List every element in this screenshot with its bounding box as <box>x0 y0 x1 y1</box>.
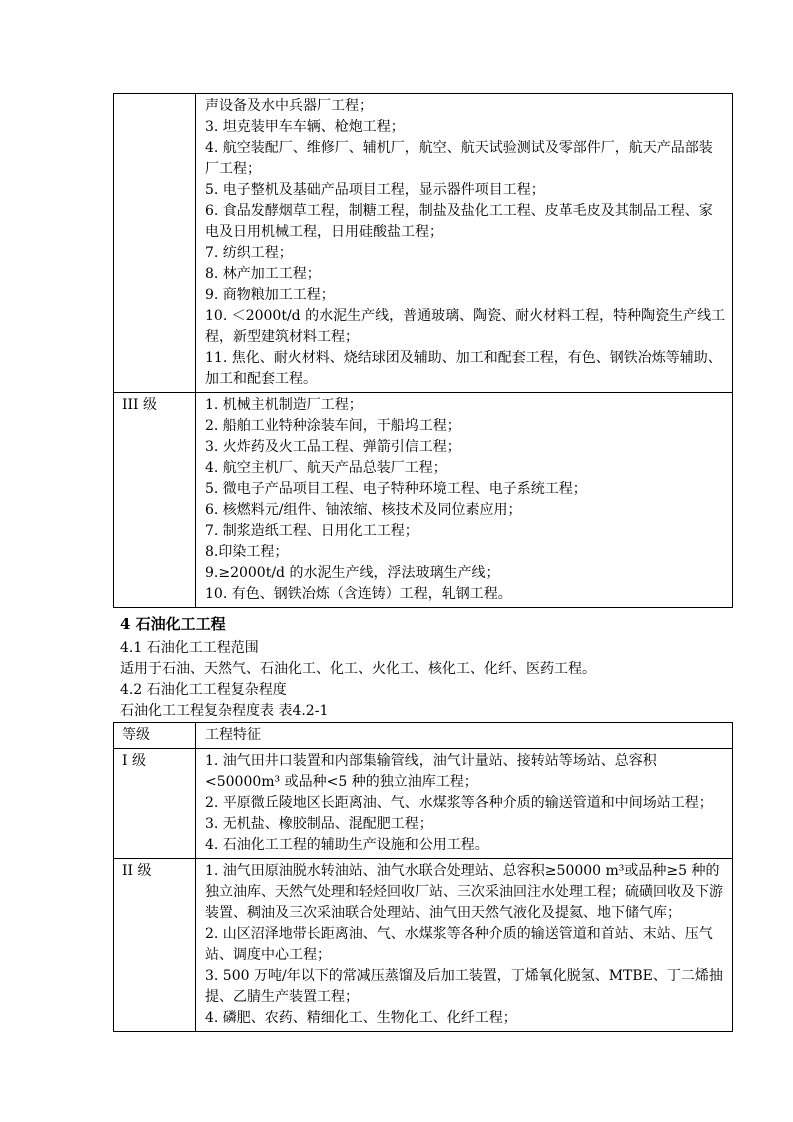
header-feature: 工程特征 <box>196 723 733 749</box>
table-row: 声设备及水中兵器厂工程； 3. 坦克装甲车车辆、枪炮工程； 4. 航空装配厂、维… <box>114 94 733 393</box>
grade-cell-iii: III 级 <box>114 393 196 608</box>
feature-item: 8. 林产加工工程； <box>205 264 726 285</box>
table-caption: 石油化工工程复杂程度表 表4.2-1 <box>120 701 735 722</box>
feature-item: 1. 机械主机制造厂工程； <box>205 395 726 416</box>
feature-item: 1. 油气田原油脱水转油站、油气水联合处理站、总容积≥50000 m³或品种≥5… <box>205 861 726 924</box>
feature-item: 4. 航空主机厂、航天产品总装厂工程； <box>205 458 726 479</box>
feature-item: 2. 平原微丘陵地区长距离油、气、水煤浆等各种介质的输送管道和中间场站工程； <box>205 793 726 814</box>
feature-item: 3. 无机盐、橡胶制品、混配肥工程； <box>205 814 726 835</box>
table-header-row: 等级 工程特征 <box>114 723 733 749</box>
feature-item: 11. 焦化、耐火材料、烧结球团及辅助、加工和配套工程，有色、钢铁冶炼等辅助、加… <box>205 348 726 390</box>
table-row: I 级 1. 油气田井口装置和内部集输管线，油气计量站、接转站等场站、总容积<5… <box>114 749 733 859</box>
feature-item: 声设备及水中兵器厂工程； <box>205 96 726 117</box>
grade-table-continued: 声设备及水中兵器厂工程； 3. 坦克装甲车车辆、枪炮工程； 4. 航空装配厂、维… <box>113 93 733 608</box>
grade-cell-empty <box>114 94 196 393</box>
feature-item: 2. 山区沼泽地带长距离油、气、水煤浆等各种介质的输送管道和首站、末站、压气站、… <box>205 924 726 966</box>
section-scope-text: 适用于石油、天然气、石油化工、化工、火化工、核化工、化纤、医药工程。 <box>120 659 735 680</box>
grade-cell-ii: II 级 <box>114 859 196 1032</box>
feature-item: 4. 磷肥、农药、精细化工、生物化工、化纤工程； <box>205 1008 726 1029</box>
feature-item: 6. 食品发酵烟草工程，制糖工程，制盐及盐化工工程、皮革毛皮及其制品工程、家电及… <box>205 201 726 243</box>
feature-item: 5. 电子整机及基础产品项目工程，显示器件项目工程； <box>205 180 726 201</box>
feature-item: 5. 微电子产品项目工程、电子特种环境工程、电子系统工程； <box>205 479 726 500</box>
feature-item: 4. 石油化工工程的辅助生产设施和公用工程。 <box>205 835 726 856</box>
feature-item: 9.≥2000t/d 的水泥生产线，浮法玻璃生产线； <box>205 563 726 584</box>
feature-item: 6. 核燃料元/组件、铀浓缩、核技术及同位素应用； <box>205 500 726 521</box>
section-4-block: 4 石油化工工程 4.1 石油化工工程范围 适用于石油、天然气、石油化工、化工、… <box>120 613 735 722</box>
feature-cell: 声设备及水中兵器厂工程； 3. 坦克装甲车车辆、枪炮工程； 4. 航空装配厂、维… <box>196 94 733 393</box>
feature-item: 8.印染工程； <box>205 542 726 563</box>
feature-cell: 1. 机械主机制造厂工程； 2. 船舶工业特种涂装车间，干船坞工程； 3. 火炸… <box>196 393 733 608</box>
grade-cell-i: I 级 <box>114 749 196 859</box>
feature-item: 7. 制浆造纸工程、日用化工工程； <box>205 521 726 542</box>
section-subheading-scope: 4.1 石油化工工程范围 <box>120 638 735 659</box>
section-subheading-complexity: 4.2 石油化工工程复杂程度 <box>120 680 735 701</box>
feature-item: 3. 火炸药及火工品工程、弹箭引信工程； <box>205 437 726 458</box>
feature-item: 1. 油气田井口装置和内部集输管线，油气计量站、接转站等场站、总容积<50000… <box>205 751 726 793</box>
feature-item: 9. 商物粮加工工程； <box>205 285 726 306</box>
feature-item: 4. 航空装配厂、维修厂、辅机厂，航空、航天试验测试及零部件厂，航天产品部装厂工… <box>205 138 726 180</box>
feature-item: 10. 有色、钢铁冶炼（含连铸）工程，轧钢工程。 <box>205 584 726 605</box>
complexity-table: 等级 工程特征 I 级 1. 油气田井口装置和内部集输管线，油气计量站、接转站等… <box>113 722 733 1032</box>
table-row: II 级 1. 油气田原油脱水转油站、油气水联合处理站、总容积≥50000 m³… <box>114 859 733 1032</box>
section-heading: 4 石油化工工程 <box>120 613 735 635</box>
table-row: III 级 1. 机械主机制造厂工程； 2. 船舶工业特种涂装车间，干船坞工程；… <box>114 393 733 608</box>
feature-item: 2. 船舶工业特种涂装车间，干船坞工程； <box>205 416 726 437</box>
header-grade: 等级 <box>114 723 196 749</box>
feature-cell: 1. 油气田井口装置和内部集输管线，油气计量站、接转站等场站、总容积<50000… <box>196 749 733 859</box>
feature-item: 10. ＜2000t/d 的水泥生产线，普通玻璃、陶瓷、耐火材料工程，特种陶瓷生… <box>205 306 726 348</box>
feature-cell: 1. 油气田原油脱水转油站、油气水联合处理站、总容积≥50000 m³或品种≥5… <box>196 859 733 1032</box>
feature-item: 3. 500 万吨/年以下的常减压蒸馏及后加工装置，丁烯氧化脱氢、MTBE、丁二… <box>205 966 726 1008</box>
feature-item: 7. 纺织工程； <box>205 243 726 264</box>
feature-item: 3. 坦克装甲车车辆、枪炮工程； <box>205 117 726 138</box>
document-page: 声设备及水中兵器厂工程； 3. 坦克装甲车车辆、枪炮工程； 4. 航空装配厂、维… <box>0 0 793 1122</box>
